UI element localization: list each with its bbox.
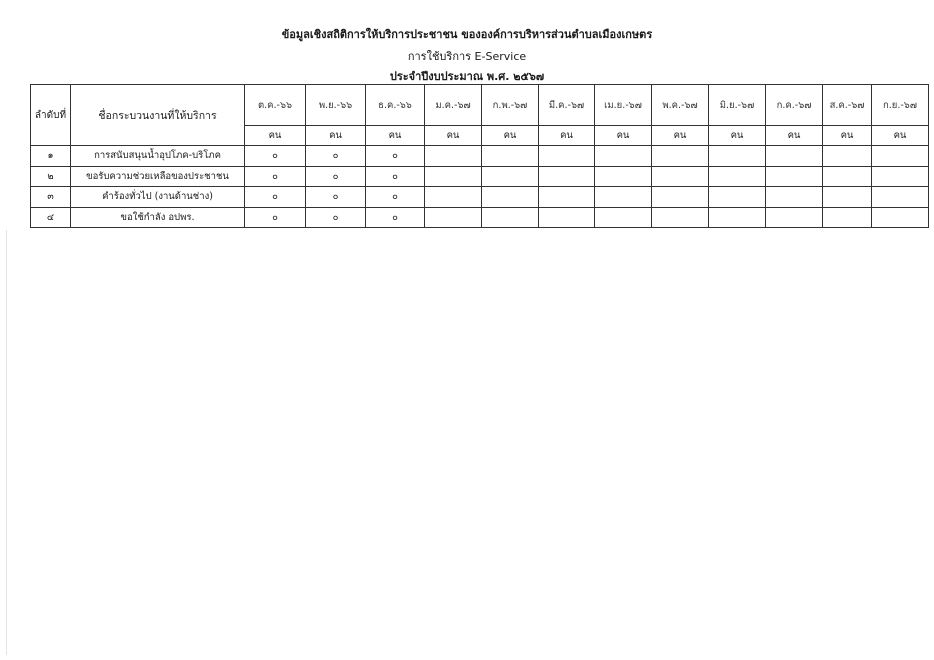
column-unit-label: คน	[482, 126, 539, 146]
column-header-month: มิ.ย.-๖๗	[709, 85, 766, 126]
monthly-count-cell	[595, 207, 652, 228]
monthly-count-cell	[539, 207, 595, 228]
column-unit-label: คน	[366, 126, 425, 146]
document-subtitle: การใช้บริการ E-Service	[0, 50, 934, 64]
table-row: ๔ขอใช้กำลัง อปพร.๐๐๐	[31, 207, 929, 228]
monthly-count-cell	[709, 166, 766, 187]
column-unit-label: คน	[245, 126, 306, 146]
row-number: ๒	[31, 166, 71, 187]
service-name: ขอใช้กำลัง อปพร.	[71, 207, 245, 228]
monthly-count-cell: ๐	[366, 166, 425, 187]
monthly-count-cell	[482, 187, 539, 208]
fiscal-year-label: ประจำปีงบประมาณ พ.ศ. ๒๕๖๗	[0, 70, 934, 84]
monthly-count-cell	[539, 187, 595, 208]
column-header-month: พ.ค.-๖๗	[652, 85, 709, 126]
monthly-count-cell	[823, 207, 872, 228]
row-number: ๔	[31, 207, 71, 228]
column-header-service-name: ชื่อกระบวนงานที่ให้บริการ	[71, 85, 245, 146]
monthly-count-cell	[823, 187, 872, 208]
monthly-count-cell	[872, 166, 929, 187]
monthly-count-cell	[539, 166, 595, 187]
monthly-count-cell	[595, 166, 652, 187]
monthly-count-cell	[823, 146, 872, 167]
column-unit-label: คน	[823, 126, 872, 146]
row-number: ๓	[31, 187, 71, 208]
column-header-month: ม.ค.-๖๗	[425, 85, 482, 126]
service-name: การสนับสนุนน้ำอุปโภค-บริโภค	[71, 146, 245, 167]
monthly-count-cell: ๐	[366, 146, 425, 167]
service-statistics-table: ลำดับที่ ชื่อกระบวนงานที่ให้บริการ ต.ค.-…	[30, 84, 929, 228]
monthly-count-cell: ๐	[306, 166, 366, 187]
monthly-count-cell	[482, 166, 539, 187]
monthly-count-cell	[425, 207, 482, 228]
column-unit-label: คน	[652, 126, 709, 146]
monthly-count-cell: ๐	[245, 166, 306, 187]
column-unit-label: คน	[539, 126, 595, 146]
monthly-count-cell: ๐	[366, 207, 425, 228]
monthly-count-cell	[595, 187, 652, 208]
table-row: ๑การสนับสนุนน้ำอุปโภค-บริโภค๐๐๐	[31, 146, 929, 167]
column-header-month: ต.ค.-๖๖	[245, 85, 306, 126]
monthly-count-cell	[652, 207, 709, 228]
monthly-count-cell	[652, 187, 709, 208]
monthly-count-cell	[872, 207, 929, 228]
column-header-month: ก.ย.-๖๗	[872, 85, 929, 126]
column-header-month: ก.พ.-๖๗	[482, 85, 539, 126]
monthly-count-cell	[823, 166, 872, 187]
column-unit-label: คน	[709, 126, 766, 146]
monthly-count-cell	[766, 187, 823, 208]
monthly-count-cell	[709, 207, 766, 228]
column-header-month: มี.ค.-๖๗	[539, 85, 595, 126]
monthly-count-cell	[482, 146, 539, 167]
monthly-count-cell	[872, 187, 929, 208]
column-header-month: พ.ย.-๖๖	[306, 85, 366, 126]
table-row: ๓คำร้องทั่วไป (งานด้านช่าง)๐๐๐	[31, 187, 929, 208]
monthly-count-cell: ๐	[366, 187, 425, 208]
monthly-count-cell	[766, 146, 823, 167]
column-header-month: ส.ค.-๖๗	[823, 85, 872, 126]
monthly-count-cell: ๐	[306, 146, 366, 167]
monthly-count-cell: ๐	[306, 187, 366, 208]
monthly-count-cell: ๐	[306, 207, 366, 228]
monthly-count-cell	[652, 146, 709, 167]
monthly-count-cell	[425, 166, 482, 187]
monthly-count-cell	[709, 187, 766, 208]
column-header-month: เม.ย.-๖๗	[595, 85, 652, 126]
column-header-month: ธ.ค.-๖๖	[366, 85, 425, 126]
monthly-count-cell	[595, 146, 652, 167]
column-unit-label: คน	[595, 126, 652, 146]
service-name: คำร้องทั่วไป (งานด้านช่าง)	[71, 187, 245, 208]
monthly-count-cell: ๐	[245, 146, 306, 167]
monthly-count-cell: ๐	[245, 187, 306, 208]
table-row: ๒ขอรับความช่วยเหลือของประชาชน๐๐๐	[31, 166, 929, 187]
column-header-no: ลำดับที่	[31, 85, 71, 146]
column-header-month: ก.ค.-๖๗	[766, 85, 823, 126]
monthly-count-cell	[652, 166, 709, 187]
scan-edge-line	[6, 230, 7, 655]
monthly-count-cell	[766, 207, 823, 228]
column-unit-label: คน	[306, 126, 366, 146]
monthly-count-cell	[482, 207, 539, 228]
column-unit-label: คน	[872, 126, 929, 146]
document-title: ข้อมูลเชิงสถิติการให้บริการประชาชน ขององ…	[0, 28, 934, 42]
monthly-count-cell	[766, 166, 823, 187]
monthly-count-cell	[425, 187, 482, 208]
service-name: ขอรับความช่วยเหลือของประชาชน	[71, 166, 245, 187]
monthly-count-cell	[539, 146, 595, 167]
monthly-count-cell: ๐	[245, 207, 306, 228]
monthly-count-cell	[425, 146, 482, 167]
monthly-count-cell	[872, 146, 929, 167]
column-unit-label: คน	[766, 126, 823, 146]
column-unit-label: คน	[425, 126, 482, 146]
monthly-count-cell	[709, 146, 766, 167]
row-number: ๑	[31, 146, 71, 167]
